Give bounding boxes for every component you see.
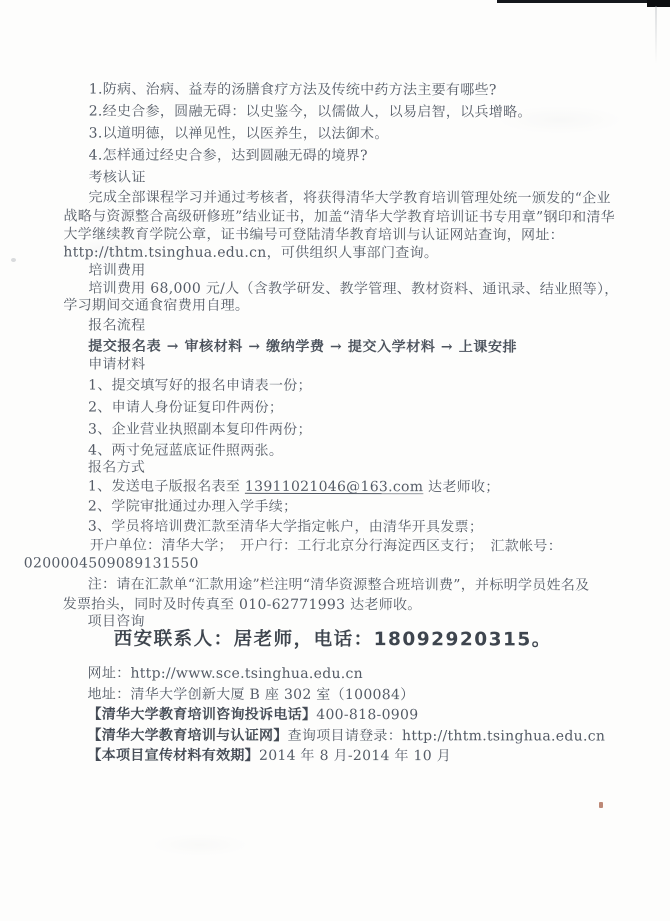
question-line: 1.防病、治病、益寿的汤膳食疗方法及传统中药方法主要有哪些? [89,81,497,98]
section-heading-fee: 培训费用 [88,262,145,278]
address-line: 地址：清华大学创新大厦 B 座 302 室（100084） [87,686,414,703]
email-address: 13911021046@163.com [245,479,423,495]
xian-contact-line: 西安联系人：居老师，电话：18092920315。 [114,632,552,649]
fee-amount-line: 培训费用 68,000 元/人（含教学研发、教学管理、教材资料、通讯录、结业照等… [88,280,618,297]
paragraph-line: 完成全部课程学习并通过考核者，将获得清华大学教育培训管理处统一颁发的“企业 [89,189,611,206]
section-heading-process: 报名流程 [88,317,145,333]
question-line: 3.以道明德，以禅见性，以医养生，以法御术。 [89,125,389,142]
bank-account-number: 0200004509089131550 [24,555,199,571]
bank-account-info-line: 开户单位：清华大学； 开户行：工行北京分行海淀西区支行； 汇款帐号： [90,537,562,554]
section-heading-registration: 报名方式 [88,459,145,475]
question-line: 4.怎样通过经史合参，达到圆融无碍的境界? [89,147,368,164]
validity-label: 【本项目宣传材料有效期】 [87,747,259,763]
validity-line: 【本项目宣传材料有效期】2014 年 8 月-2014 年 10 月 [87,747,451,764]
material-item: 1、提交填写好的报名申请表一份； [88,377,312,393]
question-line: 2.经史合参，圆融无碍：以史鉴今，以儒做人，以易启智，以兵增略。 [89,103,532,120]
material-item: 3、企业营业执照副本复印件两份； [88,421,312,437]
certification-site-label: 【清华大学教育培训与认证网】 [87,727,287,743]
document-content: 1.防病、治病、益寿的汤膳食疗方法及传统中药方法主要有哪些? 2.经史合参，圆融… [0,0,670,921]
registration-item-email: 1、发送电子版报名表至 13911021046@163.com 达老师收； [88,478,500,495]
registration-item-suffix: 达老师收； [423,479,499,495]
remittance-note-line: 注：请在汇款单“汇款用途”栏注明“清华资源整合班培训费”，并标明学员姓名及 [88,576,590,593]
scanned-document-page: 1.防病、治病、益寿的汤膳食疗方法及传统中药方法主要有哪些? 2.经史合参，圆融… [0,0,670,921]
website-line: 网址：http://www.sce.tsinghua.edu.cn [88,665,363,682]
hotline-line: 【清华大学教育培训咨询投诉电话】400-818-0909 [87,706,418,723]
section-heading-consult: 项目咨询 [88,613,145,629]
process-flow-steps: 提交报名表 → 审核材料 → 缴纳学费 → 提交入学材料 → 上课安排 [88,338,517,355]
remittance-note-line: 发票抬头，同时及时传真至 010-62771993 达老师收。 [63,596,422,613]
registration-item: 3、学员将培训费汇款至清华大学指定帐户，由清华开具发票； [88,518,483,535]
material-item: 4、两寸免冠蓝底证件照两张。 [88,442,283,458]
section-heading-assessment: 考核认证 [89,169,146,185]
fee-note-line: 学习期间交通食宿费用自理。 [63,297,249,313]
paragraph-line: 战略与资源整合高级研修班”结业证书，加盖“清华大学教育培训证书专用章”钢印和清华 [63,208,615,225]
registration-item: 2、学院审批通过办理入学手续； [88,498,297,514]
hotline-number: 400-818-0909 [316,707,418,723]
certification-site-url: 查询项目请登录：http://thtm.tsinghua.edu.cn [288,728,606,745]
certification-site-line: 【清华大学教育培训与认证网】查询项目请登录：http://thtm.tsingh… [87,727,605,744]
paragraph-line: 大学继续教育学院公章，证书编号可登陆清华教育培训与认证网站查询，网址： [63,226,564,243]
material-item: 2、申请人身份证复印件两份； [88,399,283,415]
registration-item-prefix: 1、发送电子版报名表至 [88,478,245,494]
certificate-query-url-line: http://thtm.tsinghua.edu.cn，可供组织人事部门查询。 [63,244,438,261]
validity-dates: 2014 年 8 月-2014 年 10 月 [259,748,451,764]
hotline-label: 【清华大学教育培训咨询投诉电话】 [87,706,316,722]
section-heading-materials: 申请材料 [88,356,145,372]
